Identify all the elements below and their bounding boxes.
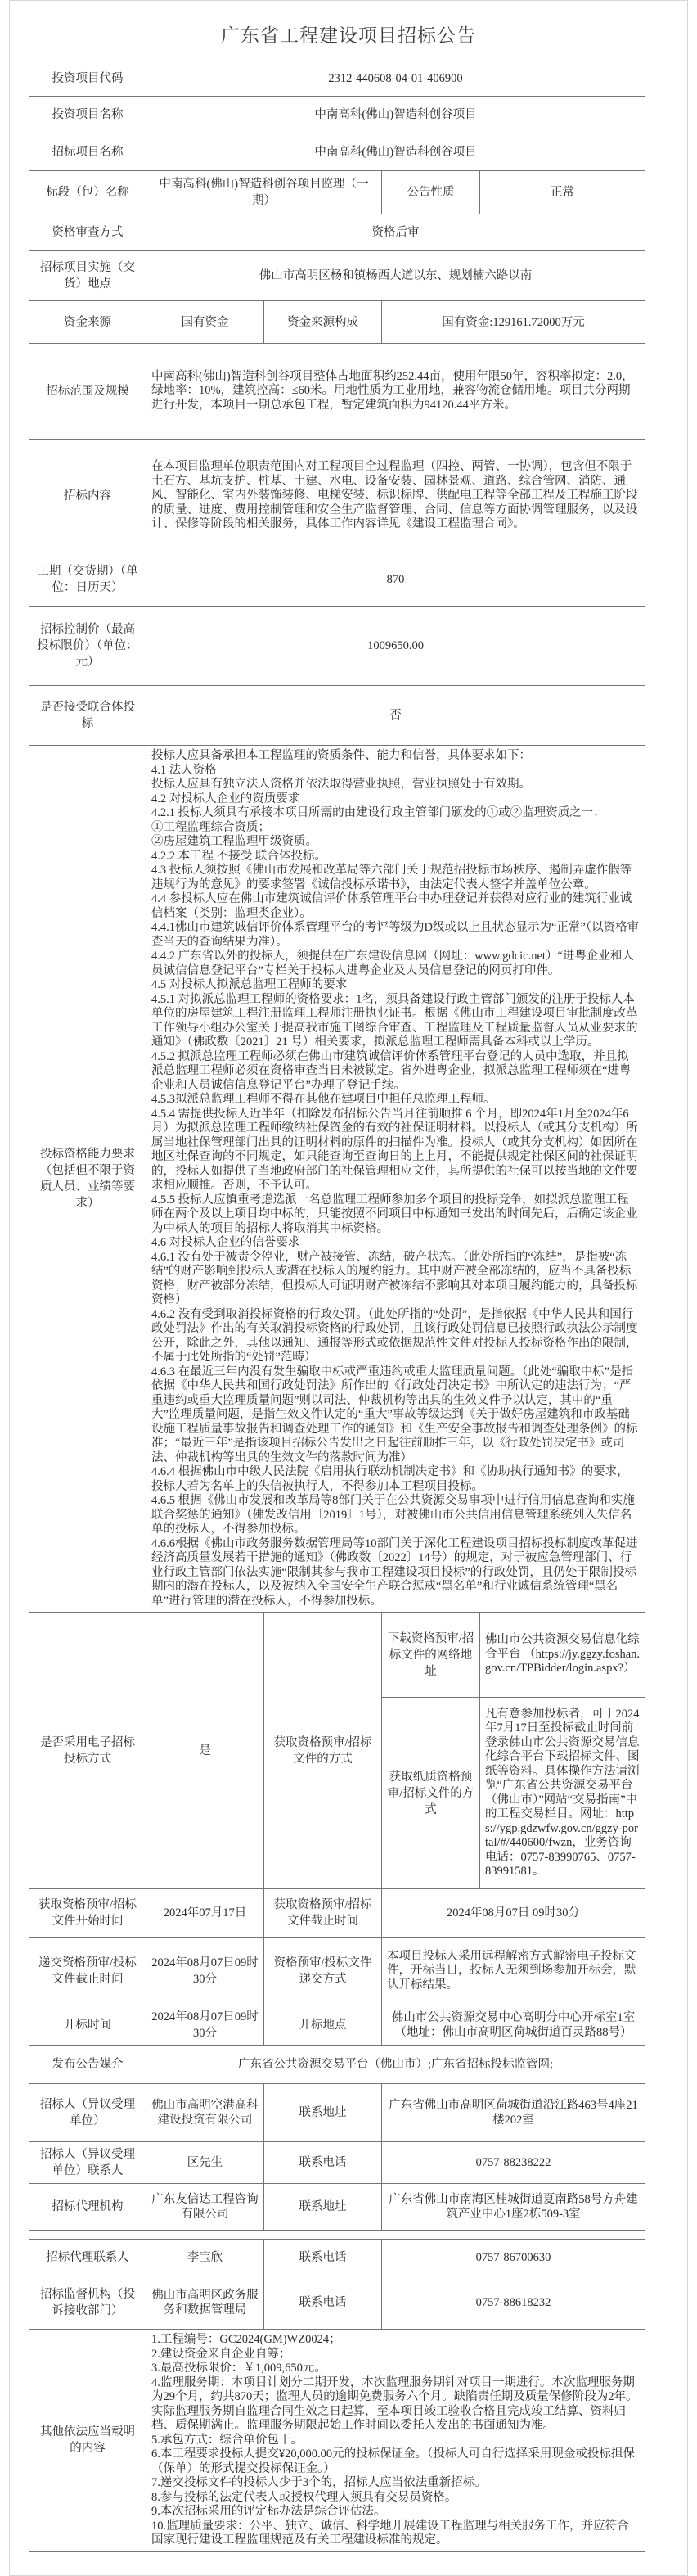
tender-name-label: 招标项目名称 — [29, 133, 146, 171]
tenderer-contact-value: 区先生 — [146, 2142, 264, 2184]
submit-deadline-label: 递交资格预审/投标文件截止时间 — [29, 1938, 146, 2005]
table-row: 招标控制价（最高投标限价）（单位：元） 1009650.00 — [29, 607, 645, 686]
e-bidding-label: 是否采用电子招标投标方式 — [29, 1613, 146, 1889]
table-row: 投标资格能力要求（包括但不限于资质人员、业绩等要求） 投标人应具备承担本工程监理… — [29, 746, 645, 1613]
agency-phone-label: 联系电话 — [264, 2240, 382, 2276]
project-code-value: 2312-440608-04-01-406900 — [146, 61, 645, 97]
download-url-value: 佛山市公共资源交易信息化综合平台 （https://jy.ggzy.foshan… — [480, 1613, 645, 1698]
qualification-req-value: 投标人应具备承担本工程监理的资质条件、能力和信誉，具体要求如下： 4.1 法人资… — [146, 746, 645, 1613]
table-row: 获取资格预审/招标文件开始时间 2024年07月17日 获取资格预审/招标文件截… — [29, 1889, 645, 1938]
supervisor-phone-label: 联系电话 — [264, 2276, 382, 2330]
content-value: 在本项目监理单位职责范围内对工程项目全过程监理（四控、两管、一协调），包含但不限… — [146, 440, 645, 553]
agency-address-value: 广东省佛山市南海区桂城街道夏南路58号方舟建筑产业中心1座2栋509-3室 — [382, 2184, 645, 2231]
table-row: 招标代理机构 广东友信达工程咨询有限公司 联系地址 广东省佛山市南海区桂城街道夏… — [29, 2184, 645, 2231]
location-label: 招标项目实施（交货）地点 — [29, 251, 146, 301]
tenderer-label: 招标人（异议受理单位） — [29, 2084, 146, 2142]
paper-method-value: 凡有意参加投标者，可于2024年7月17日至投标截止时间前登录佛山市公共资源交易… — [480, 1698, 645, 1889]
table-row: 招标代理联系人 李宝欣 联系电话 0757-86700630 — [29, 2240, 645, 2276]
agency-contact-label: 招标代理联系人 — [29, 2240, 146, 2276]
duration-label: 工期（交货期）（单位：日历天） — [29, 553, 146, 607]
ceiling-price-label: 招标控制价（最高投标限价）（单位：元） — [29, 607, 146, 686]
submit-deadline-value: 2024年08月07日09时30分 — [146, 1938, 264, 2005]
table-row: 开标时间 2024年08月07日09时30分 开标地点 佛山市公共资源交易中心高… — [29, 2005, 645, 2046]
supervisor-value: 佛山市高明区政务服务和数据管理局 — [146, 2276, 264, 2330]
table-row: 发布公告媒介 广东省公共资源交易平台（佛山市）;广东省招标投标监管网; — [29, 2046, 645, 2084]
location-value: 佛山市高明区杨和镇杨西大道以东、规划楠六路以南 — [146, 251, 645, 301]
doc-obtain-method-label: 获取资格预审/招标文件的方式 — [264, 1613, 382, 1889]
tenderer-address-label: 联系地址 — [264, 2084, 382, 2142]
table-row: 标段（包）名称 中南高科(佛山)智造科创谷项目监理（一期） 公告性质 正常 — [29, 171, 645, 214]
table-row: 招标项目实施（交货）地点 佛山市高明区杨和镇杨西大道以东、规划楠六路以南 — [29, 251, 645, 301]
agency-contact-value: 李宝欣 — [146, 2240, 264, 2276]
invest-name-label: 投资项目名称 — [29, 97, 146, 133]
tenderer-address-value: 广东省佛山市高明区荷城街道沿江路463号4座21楼202室 — [382, 2084, 645, 2142]
e-bidding-value: 是 — [146, 1613, 264, 1889]
scope-value: 中南高科(佛山)智造科创谷项目整体占地面积约252.44亩，使用年限50年，容积… — [146, 344, 645, 440]
qualification-req-label: 投标资格能力要求（包括但不限于资质人员、业绩等要求） — [29, 746, 146, 1613]
content-label: 招标内容 — [29, 440, 146, 553]
announcement-page: 广东省工程建设项目招标公告 投资项目代码 2312-440608-04-01-4… — [9, 0, 688, 2576]
table-row: 工期（交货期）（单位：日历天） 870 — [29, 553, 645, 607]
table-row: 招标内容 在本项目监理单位职责范围内对工程项目全过程监理（四控、两管、一协调），… — [29, 440, 645, 553]
table-row: 招标监督机构（投诉接收部门） 佛山市高明区政务服务和数据管理局 联系电话 075… — [29, 2276, 645, 2330]
submit-method-label: 资格预审/投标文件递交方式 — [264, 1938, 382, 2005]
table-row: 招标人（异议受理单位） 佛山市高明空港高科建设投资有限公司 联系地址 广东省佛山… — [29, 2084, 645, 2142]
announcement-table-main: 投资项目代码 2312-440608-04-01-406900 投资项目名称 中… — [29, 61, 645, 2231]
paper-method-label: 获取纸质资格预审/招标文件的方式 — [382, 1698, 480, 1889]
table-row: 投资项目名称 中南高科(佛山)智造科创谷项目 — [29, 97, 645, 133]
submit-method-value: 本项目投标人采用远程解密方式解密电子投标文件，开标当日，投标人无须到场参加开标会… — [382, 1938, 645, 2005]
table-row: 资格审查方式 资格后审 — [29, 214, 645, 251]
funds-label: 资金来源 — [29, 301, 146, 344]
announcement-table-bottom: 招标代理联系人 李宝欣 联系电话 0757-86700630 招标监督机构（投诉… — [29, 2239, 645, 2552]
qualification-review-value: 资格后审 — [146, 214, 645, 251]
table-row: 其他依法应当载明的内容 1.工程编号：GC2024(GM)WZ0024； 2.建… — [29, 2330, 645, 2552]
opening-place-label: 开标地点 — [264, 2005, 382, 2046]
section-label: 标段（包）名称 — [29, 171, 146, 214]
notice-nature-label: 公告性质 — [382, 171, 480, 214]
scope-label: 招标范围及规模 — [29, 344, 146, 440]
agency-value: 广东友信达工程咨询有限公司 — [146, 2184, 264, 2231]
invest-name-value: 中南高科(佛山)智造科创谷项目 — [146, 97, 645, 133]
section-value: 中南高科(佛山)智造科创谷项目监理（一期） — [146, 171, 382, 214]
notice-nature-value: 正常 — [480, 171, 645, 214]
ceiling-price-value: 1009650.00 — [146, 607, 645, 686]
download-url-label: 下载资格预审/招标文件的网络地址 — [382, 1613, 480, 1698]
table-row: 是否接受联合体投标 否 — [29, 686, 645, 746]
table-row: 是否采用电子招标投标方式 是 获取资格预审/招标文件的方式 下载资格预审/招标文… — [29, 1613, 645, 1698]
other-content-value: 1.工程编号：GC2024(GM)WZ0024； 2.建设资金来自企业自筹； 3… — [146, 2330, 645, 2552]
media-value: 广东省公共资源交易平台（佛山市）;广东省招标投标监管网; — [146, 2046, 645, 2084]
doc-start-value: 2024年07月17日 — [146, 1889, 264, 1938]
other-content-label: 其他依法应当载明的内容 — [29, 2330, 146, 2552]
table-row: 资金来源 国有资金 资金来源构成 国有资金:129161.72000万元 — [29, 301, 645, 344]
table-row: 递交资格预审/投标文件截止时间 2024年08月07日09时30分 资格预审/投… — [29, 1938, 645, 2005]
agency-label: 招标代理机构 — [29, 2184, 146, 2231]
funds-value: 国有资金 — [146, 301, 264, 344]
funds-composition-value: 国有资金:129161.72000万元 — [382, 301, 645, 344]
doc-start-label: 获取资格预审/招标文件开始时间 — [29, 1889, 146, 1938]
table-row: 投资项目代码 2312-440608-04-01-406900 — [29, 61, 645, 97]
tenderer-value: 佛山市高明空港高科建设投资有限公司 — [146, 2084, 264, 2142]
tenderer-contact-label: 招标人（异议受理单位）联系人 — [29, 2142, 146, 2184]
doc-end-label: 获取资格预审/招标文件截止时间 — [264, 1889, 382, 1938]
media-label: 发布公告媒介 — [29, 2046, 146, 2084]
agency-address-label: 联系地址 — [264, 2184, 382, 2231]
supervisor-label: 招标监督机构（投诉接收部门） — [29, 2276, 146, 2330]
project-code-label: 投资项目代码 — [29, 61, 146, 97]
table-row: 招标范围及规模 中南高科(佛山)智造科创谷项目整体占地面积约252.44亩，使用… — [29, 344, 645, 440]
table-section-gap — [10, 2231, 687, 2239]
opening-time-label: 开标时间 — [29, 2005, 146, 2046]
page-title: 广东省工程建设项目招标公告 — [10, 20, 687, 47]
supervisor-phone-value: 0757-88618232 — [382, 2276, 645, 2330]
consortium-label: 是否接受联合体投标 — [29, 686, 146, 746]
duration-value: 870 — [146, 553, 645, 607]
tender-name-value: 中南高科(佛山)智造科创谷项目 — [146, 133, 645, 171]
table-row: 招标项目名称 中南高科(佛山)智造科创谷项目 — [29, 133, 645, 171]
opening-place-value: 佛山市公共资源交易中心高明分中心开标室1室（地址：佛山市高明区荷城街道百灵路88… — [382, 2005, 645, 2046]
agency-phone-value: 0757-86700630 — [382, 2240, 645, 2276]
tenderer-phone-label: 联系电话 — [264, 2142, 382, 2184]
table-row: 招标人（异议受理单位）联系人 区先生 联系电话 0757-88238222 — [29, 2142, 645, 2184]
doc-end-value: 2024年08月07日 09时30分 — [382, 1889, 645, 1938]
tenderer-phone-value: 0757-88238222 — [382, 2142, 645, 2184]
funds-composition-label: 资金来源构成 — [264, 301, 382, 344]
qualification-review-label: 资格审查方式 — [29, 214, 146, 251]
consortium-value: 否 — [146, 686, 645, 746]
opening-time-value: 2024年08月07日09时30分 — [146, 2005, 264, 2046]
